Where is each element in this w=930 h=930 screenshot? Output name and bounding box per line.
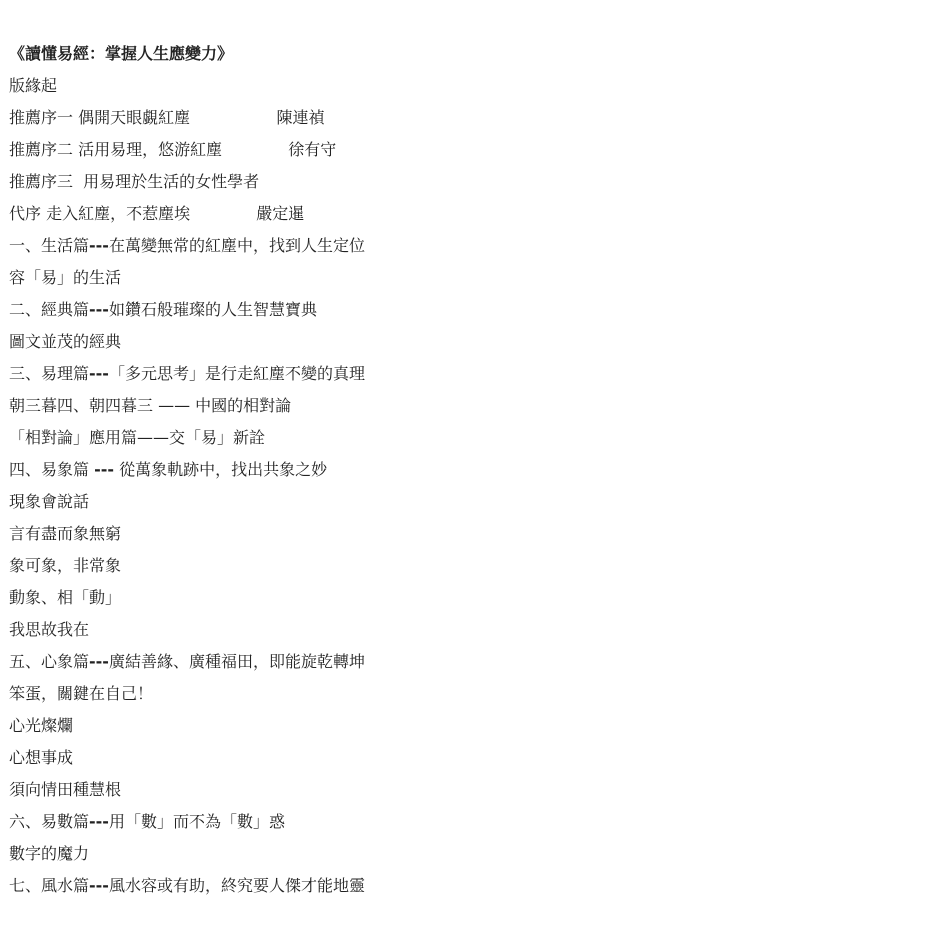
toc-line: 推薦序一 偶開天眼覷紅塵 陳連禎: [9, 104, 365, 136]
toc-line-text: 象可象，非常象: [9, 556, 121, 575]
table-of-contents: 《讀懂易經：掌握人生應變力》 版緣起推薦序一 偶開天眼覷紅塵 陳連禎推薦序二 活…: [9, 40, 365, 904]
toc-line-text: 七、風水篇: [9, 876, 89, 895]
toc-line-text: 代序 走入紅塵，不惹塵埃 嚴定暹: [9, 204, 304, 223]
toc-line: 六、易數篇---用「數」而不為「數」惑: [9, 808, 365, 840]
toc-line: 我思故我在: [9, 616, 365, 648]
toc-line-text: 心想事成: [9, 748, 73, 767]
toc-line-subtitle: 用「數」而不為「數」惑: [109, 812, 285, 831]
toc-line-text: 心光燦爛: [9, 716, 73, 735]
toc-line-text: 推薦序一 偶開天眼覷紅塵 陳連禎: [9, 108, 325, 127]
toc-line: 數字的魔力: [9, 840, 365, 872]
toc-line: 現象會說話: [9, 488, 365, 520]
toc-line-text: 二、經典篇: [9, 300, 89, 319]
toc-line-text: 數字的魔力: [9, 844, 89, 863]
toc-line-text: 推薦序二 活用易理，悠游紅塵 徐有守: [9, 140, 336, 159]
toc-line-text: 六、易數篇: [9, 812, 89, 831]
toc-line: 五、心象篇---廣結善緣、廣種福田，即能旋乾轉坤: [9, 648, 365, 680]
toc-line-separator: ---: [89, 364, 109, 383]
toc-line-text: 須向情田種慧根: [9, 780, 121, 799]
toc-line-subtitle: 風水容或有助，終究要人傑才能地靈: [109, 876, 365, 895]
toc-line-subtitle: 從萬象軌跡中，找出共象之妙: [114, 460, 327, 479]
toc-line-separator: ---: [89, 652, 109, 671]
toc-line: 七、風水篇---風水容或有助，終究要人傑才能地靈: [9, 872, 365, 904]
toc-line-separator: ---: [94, 460, 114, 479]
toc-line-subtitle: 在萬變無常的紅塵中，找到人生定位: [109, 236, 365, 255]
toc-line: 容「易」的生活: [9, 264, 365, 296]
toc-lines: 版緣起推薦序一 偶開天眼覷紅塵 陳連禎推薦序二 活用易理，悠游紅塵 徐有守推薦序…: [9, 72, 365, 904]
toc-line-text: 三、易理篇: [9, 364, 89, 383]
toc-line: 三、易理篇---「多元思考」是行走紅塵不變的真理: [9, 360, 365, 392]
toc-line: 動象、相「動」: [9, 584, 365, 616]
toc-line: 圖文並茂的經典: [9, 328, 365, 360]
toc-line: 版緣起: [9, 72, 365, 104]
toc-line-text: 版緣起: [9, 76, 57, 95]
toc-line-separator: ---: [89, 236, 109, 255]
toc-line: 笨蛋，關鍵在自己！: [9, 680, 365, 712]
toc-line-text: 推薦序三 用易理於生活的女性學者: [9, 172, 259, 191]
toc-line-subtitle: 「多元思考」是行走紅塵不變的真理: [109, 364, 365, 383]
toc-line-text: 現象會說話: [9, 492, 89, 511]
toc-line-text: 我思故我在: [9, 620, 89, 639]
toc-line-subtitle: 廣結善緣、廣種福田，即能旋乾轉坤: [109, 652, 365, 671]
toc-line: 四、易象篇 --- 從萬象軌跡中，找出共象之妙: [9, 456, 365, 488]
toc-line: 心光燦爛: [9, 712, 365, 744]
toc-line-separator: ---: [89, 300, 109, 319]
toc-line-text: 容「易」的生活: [9, 268, 121, 287]
toc-line-text: 五、心象篇: [9, 652, 89, 671]
toc-line-separator: ---: [89, 812, 109, 831]
toc-line-text: 一、生活篇: [9, 236, 89, 255]
book-title: 《讀懂易經：掌握人生應變力》: [9, 40, 365, 72]
toc-line: 朝三暮四、朝四暮三 —— 中國的相對論: [9, 392, 365, 424]
toc-line-text: 四、易象篇: [9, 460, 94, 479]
toc-line-separator: ---: [89, 876, 109, 895]
toc-line: 須向情田種慧根: [9, 776, 365, 808]
toc-line: 推薦序三 用易理於生活的女性學者: [9, 168, 365, 200]
toc-line-text: 言有盡而象無窮: [9, 524, 121, 543]
toc-line-text: 朝三暮四、朝四暮三 —— 中國的相對論: [9, 396, 291, 415]
toc-line-text: 圖文並茂的經典: [9, 332, 121, 351]
toc-line: 言有盡而象無窮: [9, 520, 365, 552]
toc-line: 象可象，非常象: [9, 552, 365, 584]
toc-line: 推薦序二 活用易理，悠游紅塵 徐有守: [9, 136, 365, 168]
toc-line: 一、生活篇---在萬變無常的紅塵中，找到人生定位: [9, 232, 365, 264]
toc-line-text: 「相對論」應用篇——交「易」新詮: [9, 428, 265, 447]
toc-line: 代序 走入紅塵，不惹塵埃 嚴定暹: [9, 200, 365, 232]
toc-line-subtitle: 如鑽石般璀璨的人生智慧寶典: [109, 300, 317, 319]
toc-line: 二、經典篇---如鑽石般璀璨的人生智慧寶典: [9, 296, 365, 328]
toc-line: 心想事成: [9, 744, 365, 776]
toc-line-text: 笨蛋，關鍵在自己！: [9, 684, 153, 703]
toc-line-text: 動象、相「動」: [9, 588, 121, 607]
toc-line: 「相對論」應用篇——交「易」新詮: [9, 424, 365, 456]
